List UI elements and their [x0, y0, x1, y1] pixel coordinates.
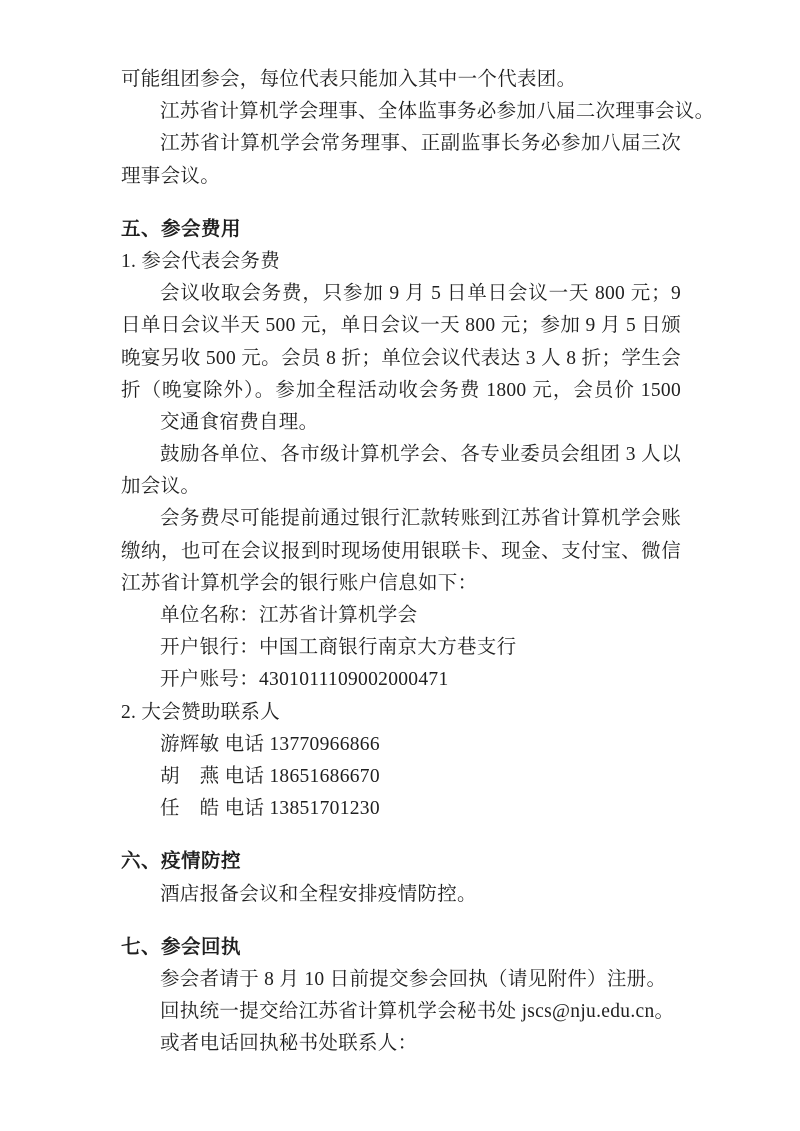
text-line: 参会者请于 8 月 10 日前提交参会回执（请见附件）注册。 [121, 964, 681, 996]
text-line: 或者电话回执秘书处联系人： [121, 1028, 681, 1060]
text-line: 折（晚宴除外）。参加全程活动收会务费 1800 元，会员价 1500 元。 [121, 375, 681, 407]
text-line: 单位名称：江苏省计算机学会 [121, 600, 681, 632]
text-line: 2. 大会赞助联系人 [121, 697, 681, 729]
document-body: 可能组团参会，每位代表只能加入其中一个代表团。江苏省计算机学会理事、全体监事务必… [121, 64, 681, 1060]
text-line: 鼓励各单位、各市级计算机学会、各专业委员会组团 3 人以上参 [121, 439, 681, 471]
text-line: 理事会议。 [121, 161, 681, 193]
text-line: 加会议。 [121, 471, 681, 503]
section-heading: 七、参会回执 [121, 932, 681, 964]
text-line: 酒店报备会议和全程安排疫情防控。 [121, 879, 681, 911]
text-line: 交通食宿费自理。 [121, 407, 681, 439]
text-line: 江苏省计算机学会常务理事、正副监事长务必参加八届三次常务 [121, 128, 681, 160]
text-line: 可能组团参会，每位代表只能加入其中一个代表团。 [121, 64, 681, 96]
text-line: 胡 燕 电话 18651686670 [121, 761, 681, 793]
section-heading: 六、疫情防控 [121, 846, 681, 878]
text-line: 开户银行：中国工商银行南京大方巷支行 [121, 632, 681, 664]
text-line: 江苏省计算机学会理事、全体监事务必参加八届二次理事会议。 [121, 96, 681, 128]
text-line: 日单日会议半天 500 元，单日会议一天 800 元；参加 9 月 5 日颁奖 [121, 310, 681, 342]
document-page: 可能组团参会，每位代表只能加入其中一个代表团。江苏省计算机学会理事、全体监事务必… [0, 0, 800, 1131]
text-line: 任 皓 电话 13851701230 [121, 793, 681, 825]
text-line: 缴纳，也可在会议报到时现场使用银联卡、现金、支付宝、微信支付。 [121, 536, 681, 568]
text-line: 回执统一提交给江苏省计算机学会秘书处 jscs@nju.edu.cn。 [121, 996, 681, 1028]
text-line: 江苏省计算机学会的银行账户信息如下： [121, 568, 681, 600]
text-line: 会议收取会务费，只参加 9 月 5 日单日会议一天 800 元；9 月 6 [121, 278, 681, 310]
text-line: 开户账号：4301011109002000471 [121, 664, 681, 696]
text-line: 晚宴另收 500 元。会员 8 折；单位会议代表达 3 人 8 折；学生会员 6 [121, 343, 681, 375]
text-line: 游辉敏 电话 13770966866 [121, 729, 681, 761]
section-heading: 五、参会费用 [121, 214, 681, 246]
text-line: 1. 参会代表会务费 [121, 246, 681, 278]
text-line: 会务费尽可能提前通过银行汇款转账到江苏省计算机学会账户 [121, 503, 681, 535]
